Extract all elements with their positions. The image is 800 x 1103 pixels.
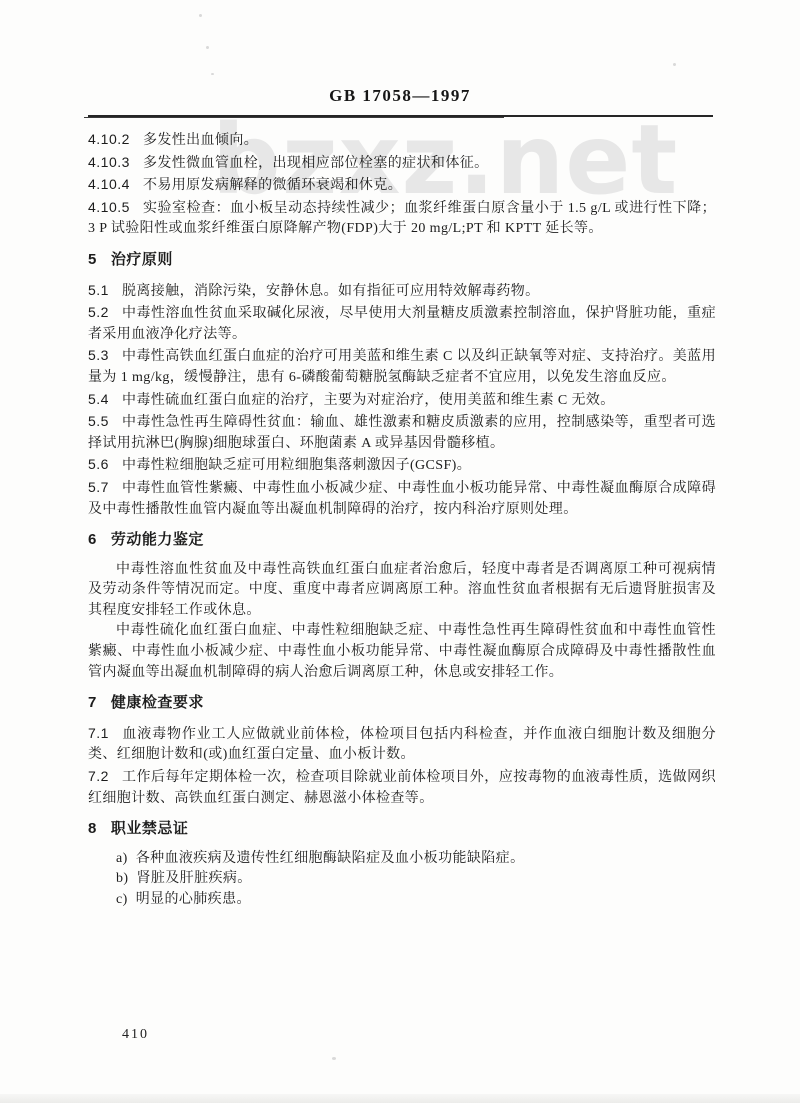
clause-number: 5.2 bbox=[88, 304, 109, 320]
body-paragraph: 中毒性溶血性贫血及中毒性高铁血红蛋白血症者治愈后，轻度中毒者是否调离原工种可视病… bbox=[88, 560, 716, 622]
document-body: 4.10.2多发性出血倾向。4.10.3多发性微血管血栓，出现相应部位栓塞的症状… bbox=[88, 129, 716, 911]
clause-text: 多发性微血管血栓，出现相应部位栓塞的症状和体征。 bbox=[143, 156, 489, 171]
clause-number: 5.4 bbox=[88, 391, 109, 407]
clause-number: 4.10.2 bbox=[88, 131, 130, 147]
clause-paragraph: 4.10.2多发性出血倾向。 bbox=[88, 129, 716, 152]
clause-paragraph: 5.3中毒性高铁血红蛋白血症的治疗可用美蓝和维生素 C 以及纠正缺氧等对症、支持… bbox=[88, 345, 716, 388]
clause-paragraph: 5.6中毒性粒细胞缺乏症可用粒细胞集落刺激因子(GCSF)。 bbox=[88, 454, 716, 477]
section-number: 6 bbox=[88, 531, 97, 548]
clause-number: 5.1 bbox=[88, 282, 109, 298]
clause-paragraph: 5.7中毒性血管性紫癜、中毒性血小板减少症、中毒性血小板功能异常、中毒性凝血酶原… bbox=[88, 477, 716, 520]
clause-text: 中毒性急性再生障碍性贫血：输血、雄性激素和糖皮质激素的应用，控制感染等，重型者可… bbox=[88, 415, 716, 451]
section-heading: 7健康检查要求 bbox=[88, 693, 716, 714]
clause-number: 4.10.3 bbox=[88, 154, 130, 170]
body-paragraph: 中毒性硫化血红蛋白血症、中毒性粒细胞缺乏症、中毒性急性再生障碍性贫血和中毒性血管… bbox=[88, 621, 716, 683]
section-number: 8 bbox=[88, 820, 97, 837]
clause-text: 工作后每年定期体检一次，检查项目除就业前体检项目外，应按毒物的血液毒性质，选做网… bbox=[88, 770, 716, 806]
clause-paragraph: 5.5中毒性急性再生障碍性贫血：输血、雄性激素和糖皮质激素的应用，控制感染等，重… bbox=[88, 411, 716, 454]
scanned-page: bzxz.net GB 17058—1997 4.10.2多发性出血倾向。4.1… bbox=[0, 0, 800, 1103]
list-item-label: c) bbox=[116, 892, 128, 907]
clause-number: 5.5 bbox=[88, 413, 109, 429]
section-number: 7 bbox=[88, 694, 97, 711]
clause-text: 中毒性溶血性贫血采取碱化尿液，尽早使用大剂量糖皮质激素控制溶血，保护肾脏功能，重… bbox=[88, 306, 716, 342]
scan-speck bbox=[211, 73, 214, 75]
section-number: 5 bbox=[88, 251, 97, 268]
section-heading: 6劳动能力鉴定 bbox=[88, 530, 716, 551]
clause-number: 7.2 bbox=[88, 768, 109, 784]
list-item: c)明显的心肺疾患。 bbox=[116, 890, 716, 911]
header-divider bbox=[88, 115, 713, 117]
clause-text: 实验室检查：血小板呈动态持续性减少；血浆纤维蛋白原含量小于 1.5 g/L 或进… bbox=[88, 201, 716, 237]
clause-paragraph: 5.4中毒性硫血红蛋白血症的治疗，主要为对症治疗，使用美蓝和维生素 C 无效。 bbox=[88, 389, 716, 412]
scan-speck bbox=[673, 63, 676, 66]
scan-edge-shadow bbox=[0, 1094, 800, 1103]
clause-paragraph: 4.10.3多发性微血管血栓，出现相应部位栓塞的症状和体征。 bbox=[88, 152, 716, 175]
clause-number: 4.10.5 bbox=[88, 199, 130, 215]
section-title: 职业禁忌证 bbox=[111, 820, 189, 837]
list-item-text: 各种血液疾病及遗传性红细胞酶缺陷症及血小板功能缺陷症。 bbox=[136, 851, 525, 866]
clause-text: 中毒性硫血红蛋白血症的治疗，主要为对症治疗，使用美蓝和维生素 C 无效。 bbox=[122, 393, 615, 408]
standard-code: GB 17058—1997 bbox=[0, 86, 800, 106]
clause-text: 多发性出血倾向。 bbox=[143, 133, 258, 148]
clause-text: 中毒性粒细胞缺乏症可用粒细胞集落刺激因子(GCSF)。 bbox=[122, 458, 471, 473]
clause-paragraph: 5.1脱离接触，消除污染，安静休息。如有指征可应用特效解毒药物。 bbox=[88, 280, 716, 303]
section-heading: 5治疗原则 bbox=[88, 250, 716, 271]
clause-paragraph: 5.2中毒性溶血性贫血采取碱化尿液，尽早使用大剂量糖皮质激素控制溶血，保护肾脏功… bbox=[88, 302, 716, 345]
clause-number: 5.7 bbox=[88, 479, 109, 495]
scan-speck bbox=[206, 46, 209, 49]
clause-number: 5.6 bbox=[88, 456, 109, 472]
clause-text: 中毒性高铁血红蛋白血症的治疗可用美蓝和维生素 C 以及纠正缺氧等对症、支持治疗。… bbox=[88, 349, 716, 385]
clause-paragraph: 4.10.4不易用原发病解释的微循环衰竭和休克。 bbox=[88, 174, 716, 197]
list-item-text: 肾脏及肝脏疾病。 bbox=[136, 871, 251, 886]
scan-speck bbox=[199, 14, 202, 17]
list-item: b)肾脏及肝脏疾病。 bbox=[116, 869, 716, 890]
list-item-text: 明显的心肺疾患。 bbox=[136, 892, 251, 907]
clause-paragraph: 7.2工作后每年定期体检一次，检查项目除就业前体检项目外，应按毒物的血液毒性质，… bbox=[88, 766, 716, 809]
clause-paragraph: 4.10.5实验室检查：血小板呈动态持续性减少；血浆纤维蛋白原含量小于 1.5 … bbox=[88, 197, 716, 240]
list-item-label: a) bbox=[116, 851, 128, 866]
section-title: 劳动能力鉴定 bbox=[111, 531, 204, 548]
clause-text: 中毒性血管性紫癜、中毒性血小板减少症、中毒性血小板功能异常、中毒性凝血酶原合成障… bbox=[88, 481, 716, 517]
list-item: a)各种血液疾病及遗传性红细胞酶缺陷症及血小板功能缺陷症。 bbox=[116, 849, 716, 870]
page-number: 410 bbox=[122, 1027, 149, 1043]
section-title: 治疗原则 bbox=[111, 251, 173, 268]
section-heading: 8职业禁忌证 bbox=[88, 819, 716, 840]
list-item-label: b) bbox=[116, 871, 128, 886]
clause-number: 4.10.4 bbox=[88, 176, 130, 192]
clause-text: 血液毒物作业工人应做就业前体检，体检项目包括内科检查，并作血液白细胞计数及细胞分… bbox=[88, 727, 716, 763]
scan-speck bbox=[332, 1057, 336, 1060]
section-title: 健康检查要求 bbox=[111, 694, 204, 711]
clause-text: 不易用原发病解释的微循环衰竭和休克。 bbox=[143, 178, 402, 193]
clause-number: 7.1 bbox=[88, 725, 109, 741]
clause-paragraph: 7.1血液毒物作业工人应做就业前体检，体检项目包括内科检查，并作血液白细胞计数及… bbox=[88, 723, 716, 766]
clause-text: 脱离接触，消除污染，安静休息。如有指征可应用特效解毒药物。 bbox=[122, 284, 540, 299]
clause-number: 5.3 bbox=[88, 347, 109, 363]
